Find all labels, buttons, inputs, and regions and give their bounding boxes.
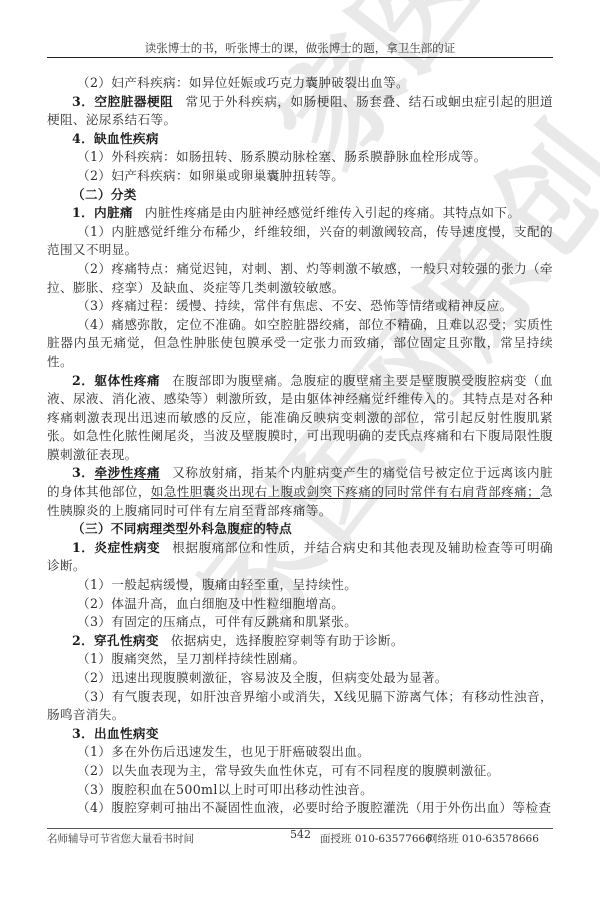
list-item: （2）体温升高，血白细胞及中性粒细胞增高。 <box>47 595 553 614</box>
list-item: （1）一般起病缓慢，腹痛由轻至重，呈持续性。 <box>47 576 553 595</box>
header-divider <box>47 57 553 58</box>
list-item: （3）疼痛过程：缓慢、持续，常伴有焦虑、不安、恐怖等情绪或精神反应。 <box>47 297 553 316</box>
list-item: （2）妇产科疾病：如卵巢或卵巢囊肿扭转等。 <box>47 167 553 186</box>
paragraph-text: 内脏性疼痛是由内脏神经感觉纤维传入引起的疼痛。其特点如下。 <box>145 205 520 220</box>
list-item: （2）疼痛特点：痛觉迟钝，对刺、割、灼等刺激不敏感，一般只对较强的张力（牵拉、膨… <box>47 260 553 297</box>
list-item: （1）外科疾病：如肠扭转、肠系膜动脉栓塞、肠系膜静脉血栓形成等。 <box>47 148 553 167</box>
section-heading: 2．躯体性疼痛 <box>72 373 160 388</box>
section-referred-pain: 3．牵涉性疼痛又称放射痛，指某个内脏病变产生的痛觉信号被定位于远离该内脏的身体其… <box>47 464 553 520</box>
list-item: （4）腹腔穿刺可抽出不凝固性血液，必要时给予腹腔灌洗（用于外伤出血）等检查 <box>47 799 553 818</box>
section-cavity-obstruction: 3．空腔脏器梗阻常见于外科疾病，如肠梗阻、肠套叠、结石或蛔虫症引起的胆道梗阻、泌… <box>47 93 553 130</box>
page-body: （2）妇产科疾病：如异位妊娠或巧克力囊肿破裂出血等。 3．空腔脏器梗阻常见于外科… <box>47 74 553 818</box>
section-heading: 牵涉性疼痛 <box>94 465 160 480</box>
subsection-heading: （二）分类 <box>47 186 553 205</box>
section-perforation: 2．穿孔性病变依据病史，选择腹腔穿刺等有助于诊断。 <box>47 632 553 651</box>
section-number: 3． <box>72 465 94 480</box>
section-heading: 1．炎症性病变 <box>72 540 160 555</box>
list-item: （2）以失血表现为主，常导致失血性休克，可有不同程度的腹膜刺激征。 <box>47 762 553 781</box>
page-footer: 名师辅导可节省您大量看书时间 542 面授班 010-63577666 网络班 … <box>47 831 553 847</box>
section-heading: 1．内脏痛 <box>72 205 133 220</box>
footer-contact-inperson: 面授班 010-63577666 <box>320 831 432 846</box>
section-inflammatory: 1．炎症性病变根据腹痛部位和性质，并结合病史和其他表现及辅助检查等可明确诊断。 <box>47 539 553 576</box>
list-item: （3）有气腹表现，如肝浊音界缩小或消失，X线见膈下游离气体；有移动性浊音，肠鸣音… <box>47 688 553 725</box>
section-visceral-pain: 1．内脏痛内脏性疼痛是由内脏神经感觉纤维传入引起的疼痛。其特点如下。 <box>47 204 553 223</box>
page-number: 542 <box>290 828 311 841</box>
list-item: （3）有固定的压痛点，可伴有反跳痛和肌紧张。 <box>47 613 553 632</box>
list-item: （1）多在外伤后迅速发生，也见于肝癌破裂出血。 <box>47 743 553 762</box>
list-item: （1）内脏感觉纤维分布稀少，纤维较细，兴奋的刺激阈较高，传导速度慢，支配的范围又… <box>47 223 553 260</box>
underlined-text: 如急性胆囊炎出现右上腹或剑突下疼痛的同时常伴有右肩背部疼痛； <box>151 484 540 499</box>
subsection-heading: （三）不同病理类型外科急腹症的特点 <box>47 520 553 539</box>
list-item: （1）腹痛突然，呈刀割样持续性剧痛。 <box>47 650 553 669</box>
footer-slogan: 名师辅导可节省您大量看书时间 <box>47 831 194 846</box>
section-somatic-pain: 2．躯体性疼痛在腹部即为腹壁痛。急腹症的腹壁痛主要是壁腹膜受腹腔病变（血液、尿液… <box>47 372 553 465</box>
list-item: （3）腹腔积血在500ml以上时可叩出移动性浊音。 <box>47 781 553 800</box>
section-heading: 4．缺血性疾病 <box>47 130 553 149</box>
list-item: （2）迅速出现腹膜刺激征，容易波及全腹，但病变处最为显著。 <box>47 669 553 688</box>
section-heading: 3．出血性病变 <box>47 725 553 744</box>
paragraph: （2）妇产科疾病：如异位妊娠或巧克力囊肿破裂出血等。 <box>47 74 553 93</box>
page-header: 读张博士的书，听张博士的课，做张博士的题，拿卫生部的证 <box>47 40 553 56</box>
section-heading: 3．空腔脏器梗阻 <box>72 94 173 109</box>
footer-contact-online: 网络班 010-63578666 <box>427 831 539 846</box>
paragraph-text: 依据病史，选择腹腔穿刺等有助于诊断。 <box>171 633 404 648</box>
list-item: （4）痛感弥散，定位不准确。如空腔脏器绞痛，部位不精确，且难以忍受；实质性脏器内… <box>47 316 553 372</box>
section-heading: 2．穿孔性病变 <box>72 633 159 648</box>
